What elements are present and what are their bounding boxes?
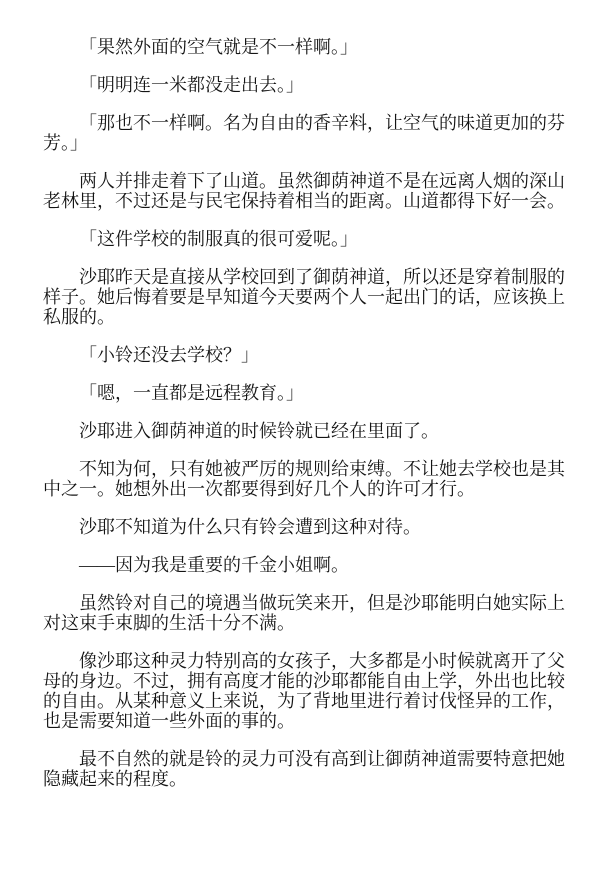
novel-text-page: 「果然外面的空气就是不一样啊。」 「明明连一米都没走出去。」 「那也不一样啊。名… [0, 0, 613, 869]
paragraph: 「果然外面的空气就是不一样啊。」 [43, 37, 569, 57]
paragraph: 「这件学校的制服真的很可爱呢。」 [43, 229, 569, 249]
paragraph: ——因为我是重要的千金小姐啊。 [43, 555, 569, 575]
paragraph: 像沙耶这种灵力特别高的女孩子，大多都是小时候就离开了父母的身边。不过，拥有高度才… [43, 651, 569, 731]
paragraph: 最不自然的就是铃的灵力可没有高到让御荫神道需要特意把她隐藏起来的程度。 [43, 749, 569, 789]
paragraph: 「那也不一样啊。名为自由的香辛料，让空气的味道更加的芬芳。」 [43, 113, 569, 153]
paragraph: 虽然铃对自己的境遇当做玩笑来开，但是沙耶能明白她实际上对这束手束脚的生活十分不满… [43, 593, 569, 633]
paragraph: 不知为何，只有她被严厉的规则给束缚。不让她去学校也是其中之一。她想外出一次都要得… [43, 459, 569, 499]
paragraph: 沙耶进入御荫神道的时候铃就已经在里面了。 [43, 421, 569, 441]
paragraph: 沙耶昨天是直接从学校回到了御荫神道，所以还是穿着制服的样子。她后悔着要是早知道今… [43, 267, 569, 327]
paragraph: 沙耶不知道为什么只有铃会遭到这种对待。 [43, 517, 569, 537]
paragraph: 「小铃还没去学校？」 [43, 345, 569, 365]
paragraph: 「嗯，一直都是远程教育。」 [43, 383, 569, 403]
paragraph: 两人并排走着下了山道。虽然御荫神道不是在远离人烟的深山老林里，不过还是与民宅保持… [43, 171, 569, 211]
paragraph: 「明明连一米都没走出去。」 [43, 75, 569, 95]
